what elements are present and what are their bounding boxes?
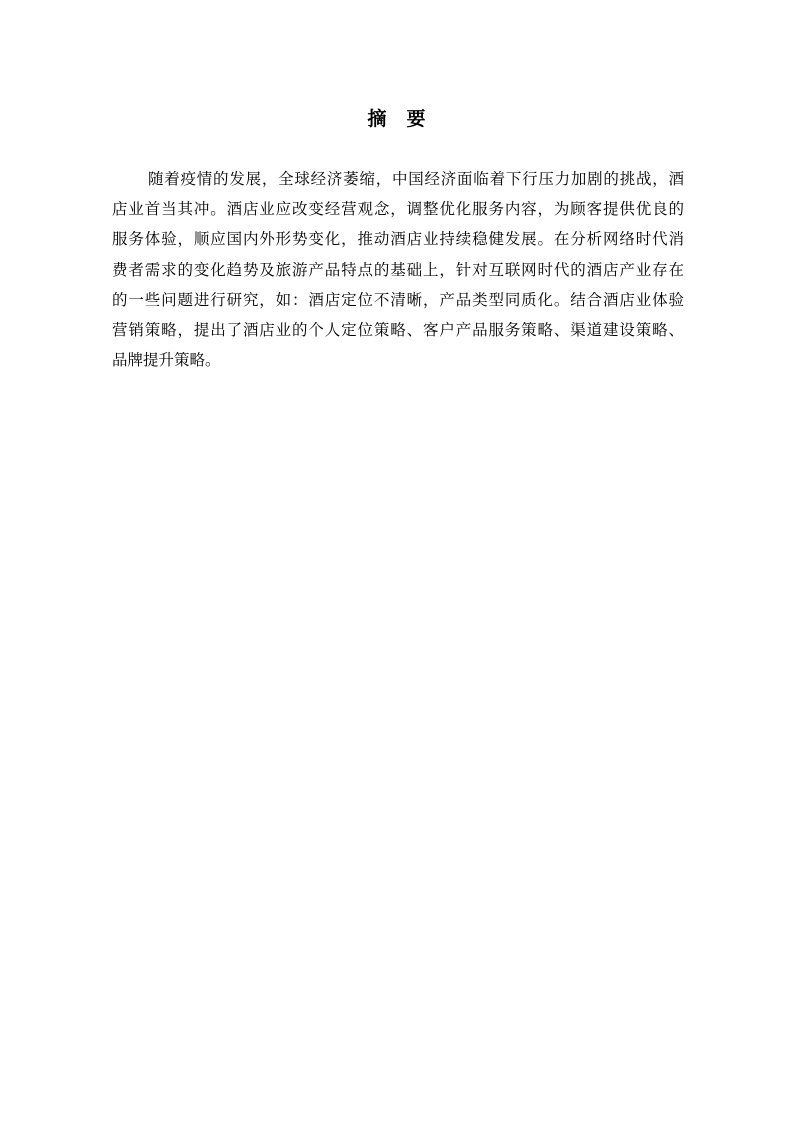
abstract-line: 费者需求的变化趋势及旅游产品特点的基础上，针对互联网时代的酒店产业存在	[112, 255, 684, 285]
heading-char-1: 摘	[367, 104, 386, 131]
abstract-line: 服务体验，顺应国内外形势变化，推动酒店业持续稳健发展。在分析网络时代消	[112, 224, 684, 254]
abstract-line: 品牌提升策略。	[112, 345, 684, 375]
document-page: 摘要 随着疫情的发展，全球经济萎缩，中国经济面临着下行压力加剧的挑战，酒 店业首…	[0, 0, 793, 1122]
abstract-heading: 摘要	[0, 104, 793, 131]
abstract-line: 营销策略，提出了酒店业的个人定位策略、客户产品服务策略、渠道建设策略、	[112, 315, 684, 345]
abstract-line: 的一些问题进行研究，如：酒店定位不清晰，产品类型同质化。结合酒店业体验	[112, 285, 684, 315]
abstract-paragraph: 随着疫情的发展，全球经济萎缩，中国经济面临着下行压力加剧的挑战，酒 店业首当其冲…	[112, 164, 684, 375]
abstract-line: 随着疫情的发展，全球经济萎缩，中国经济面临着下行压力加剧的挑战，酒	[112, 164, 684, 194]
abstract-line: 店业首当其冲。酒店业应改变经营观念，调整优化服务内容，为顾客提供优良的	[112, 194, 684, 224]
heading-char-2: 要	[407, 104, 426, 131]
